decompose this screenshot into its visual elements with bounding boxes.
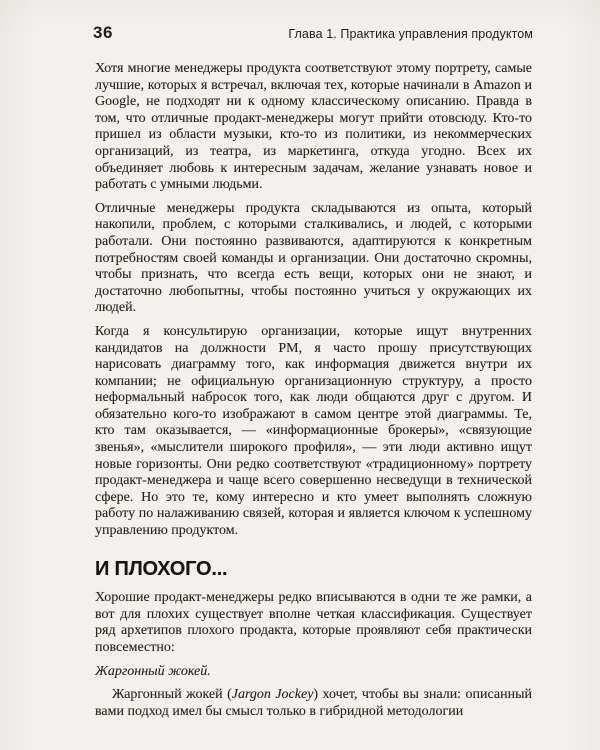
book-page: 36 Глава 1. Практика управления продукто… [0, 0, 600, 750]
paragraph-consulting-diagram: Когда я консультирую организации, которы… [95, 324, 532, 540]
jargon-jockey-text-prefix: Жаргонный жокей ( [112, 687, 232, 702]
page-body: Хотя многие менеджеры продукта соответст… [95, 61, 532, 720]
paragraph-jargon-jockey: Жаргонный жокей (Jargon Jockey) хочет, ч… [95, 687, 532, 720]
paragraph-bad-pm-classification: Хорошие продакт-менеджеры редко вписываю… [95, 590, 532, 656]
jargon-jockey-latin-term: Jargon Jockey [232, 687, 314, 702]
chapter-running-title: Глава 1. Практика управления продуктом [288, 27, 533, 41]
paragraph-great-pm-experience: Отличные менеджеры продукта складываются… [95, 201, 532, 317]
running-head: 36 Глава 1. Практика управления продукто… [93, 23, 533, 43]
paragraph-product-managers-origin: Хотя многие менеджеры продукта соответст… [95, 61, 532, 194]
page-number: 36 [93, 23, 113, 43]
archetype-title-jargon-jockey: Жаргонный жокей. [95, 664, 532, 681]
section-heading-and-bad: И ПЛОХОГО... [95, 561, 532, 578]
